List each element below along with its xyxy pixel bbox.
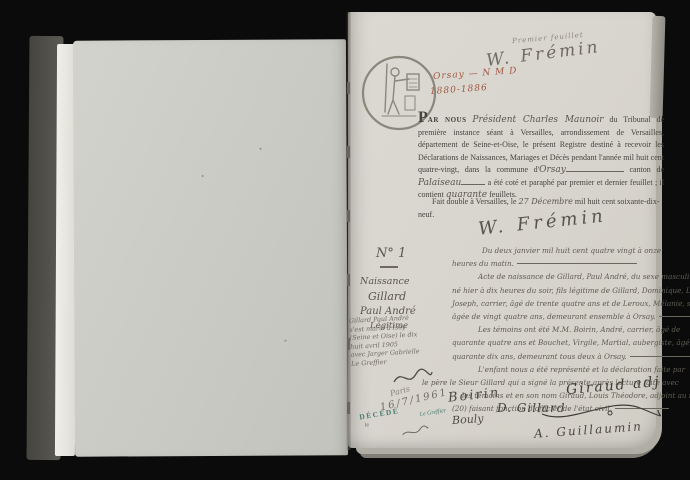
decede-stamp-le: le — [364, 422, 369, 429]
end-dash-line — [630, 351, 690, 357]
act-line: heures du matin. — [452, 257, 658, 270]
act-line: Les témoins ont été M.M. Boirin, André, … — [478, 323, 658, 336]
paper-speck — [202, 175, 204, 177]
ruled-fill-line — [566, 164, 624, 172]
margin-naissance: Naissance — [360, 274, 452, 289]
act-line: L'enfant nous a été représenté et la déc… — [478, 363, 658, 376]
act-line: Acte de naissance de Gillard, Paul André… — [478, 270, 658, 283]
registry-book-scan: Premier feuillet W. Frémin Orsay — N M D… — [0, 0, 690, 480]
end-dash-line — [517, 258, 637, 264]
printed-opening-paragraph: PAR NOUS Président Charles Maunoir du Tr… — [418, 112, 664, 202]
act-line: âgée de vingt quatre ans, demeurant ense… — [452, 310, 658, 323]
margin-surname: Gillard — [368, 289, 452, 304]
end-dash-line — [659, 311, 690, 317]
greffier-stamp-label: Le Greffier — [419, 408, 446, 418]
canton-label: canton de — [629, 165, 664, 174]
commune-handwritten: Orsay — [539, 165, 566, 175]
act-number-divider — [380, 266, 398, 268]
printed-du-tribunal: du Tribunal — [610, 115, 651, 124]
dropcap-initial: P — [418, 109, 428, 126]
act-line: quarante quatre ans et Bouchet, Virgile,… — [452, 336, 658, 349]
act-line: quarante dix ans, demeurant tous deux à … — [452, 350, 658, 363]
signature-bouly: Bouly — [452, 412, 484, 427]
marriage-mention-note: Gillard Paul André s'est marié à Issy (S… — [349, 311, 460, 368]
greffier-paraph — [400, 423, 432, 440]
act-number: N° 1 — [376, 246, 406, 261]
paper-speck — [284, 340, 286, 342]
act-line: Du deux janvier mil huit cent quatre vin… — [482, 244, 658, 257]
par-nous-label: AR NOUS — [428, 116, 467, 124]
page-edge-fold — [650, 16, 666, 118]
fait-double-start: Fait double à Versailles, le — [432, 197, 517, 206]
canton-handwritten: Palaiseau — [418, 178, 461, 188]
magistrate-name-handwritten: Président Charles Maunoir — [472, 115, 603, 125]
date-handwritten: 27 Décembre — [519, 197, 573, 206]
act-line: né hier à dix heures du soir, fils légit… — [452, 284, 658, 297]
act-line: Joseph, carrier, âgé de trente quatre an… — [452, 297, 658, 310]
left-blank-page — [73, 39, 348, 456]
ruled-fill-line — [461, 177, 485, 185]
paper-speck — [259, 148, 261, 150]
binding-stitches — [347, 30, 350, 440]
